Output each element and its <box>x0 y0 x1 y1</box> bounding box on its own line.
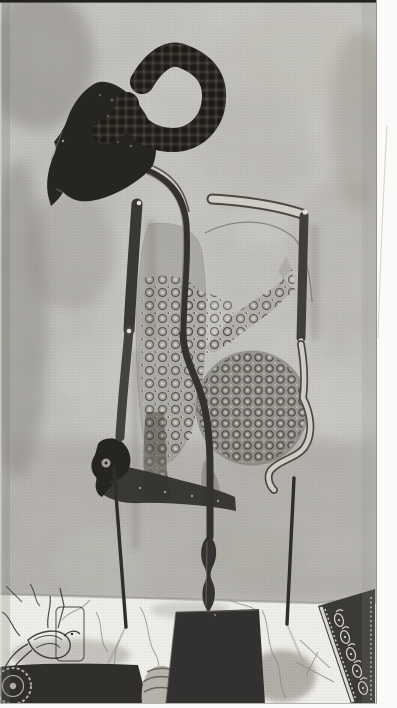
catalog-page: Black-and-white photograph of a wayang k… <box>0 0 397 708</box>
photograph: Black-and-white photograph of a wayang k… <box>0 0 397 708</box>
photo-top-edge <box>0 0 377 3</box>
right-page-margin <box>377 0 397 708</box>
bottom-page-margin <box>0 704 397 708</box>
photo-bottom-edge <box>0 703 377 704</box>
photo-right-shade <box>362 0 377 704</box>
photo-right-edge <box>376 0 377 704</box>
halftone-overlay <box>0 0 377 704</box>
photo-left-sliver <box>0 0 2 704</box>
